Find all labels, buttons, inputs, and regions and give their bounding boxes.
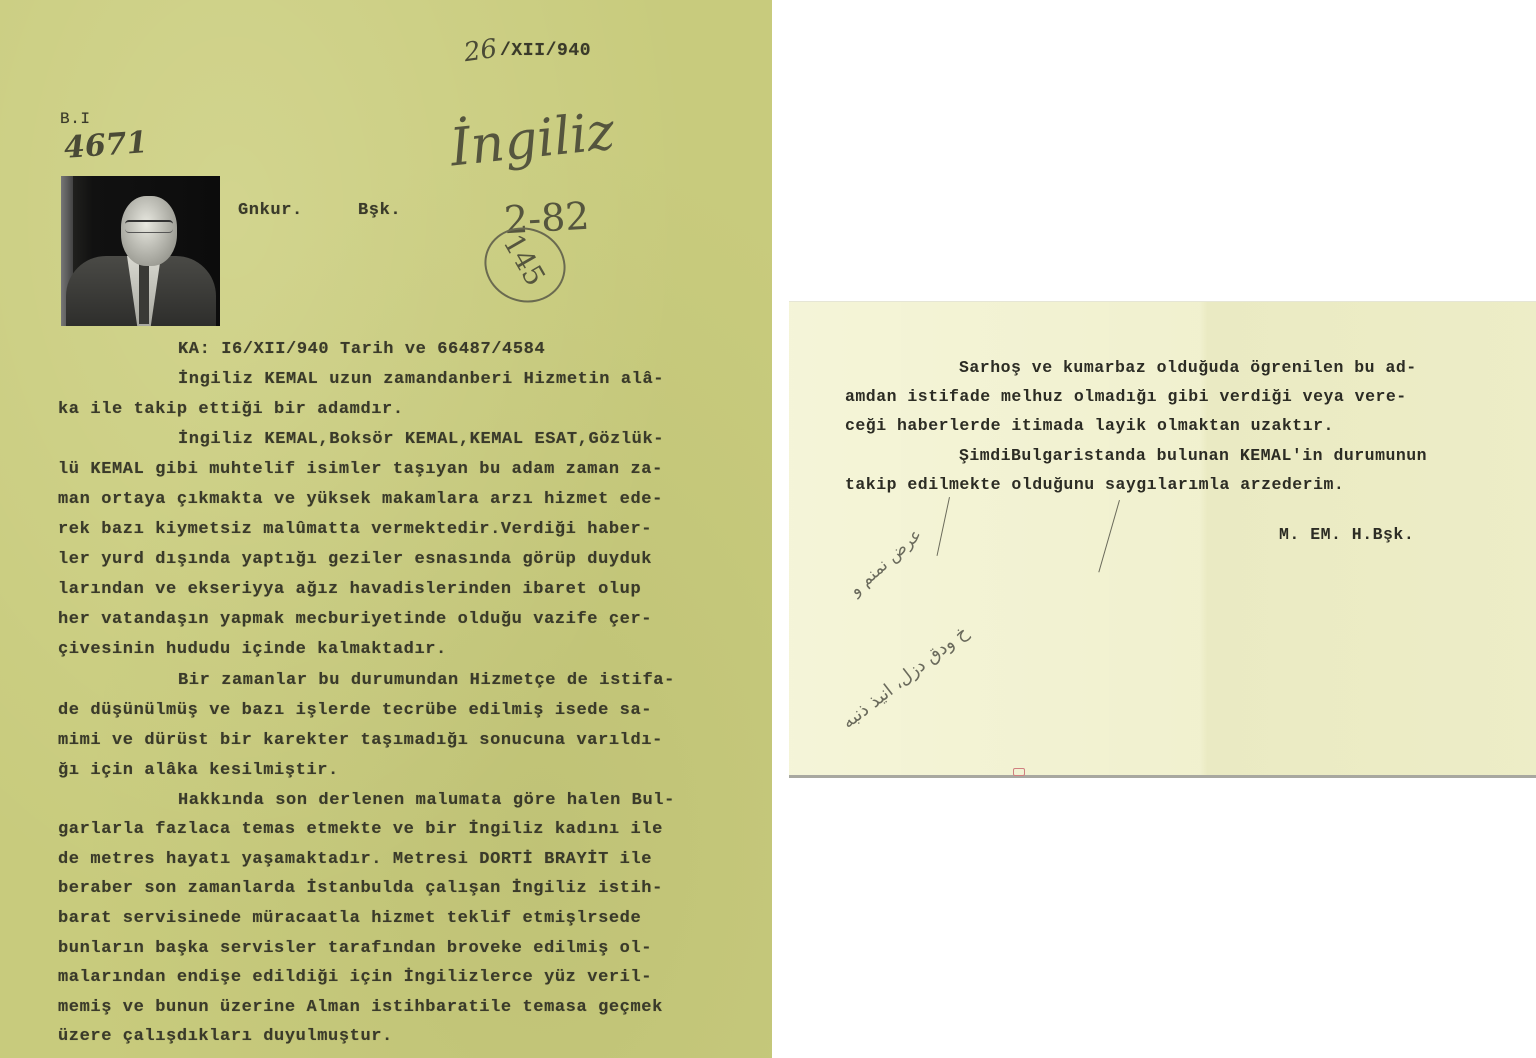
signature: M. EM. H.Bşk. xyxy=(1279,520,1414,549)
body-line: Sarhoş ve kumarbaz olduğuda ögrenilen bu… xyxy=(959,353,1417,382)
body-line: ŞimdiBulgaristanda bulunan KEMAL'in duru… xyxy=(959,441,1427,470)
body-line: ğı için alâka kesilmiştir. xyxy=(58,756,339,786)
body-line: İngiliz KEMAL,Boksör KEMAL,KEMAL ESAT,Gö… xyxy=(178,425,664,455)
body-line: garlarla fazlaca temas etmekte ve bir İn… xyxy=(58,815,663,845)
body-line: memiş ve bunun üzerine Alman istihbarati… xyxy=(58,993,663,1023)
addressee-gnkur: Gnkur. xyxy=(238,196,303,226)
body-line: man ortaya çıkmakta ve yüksek makamlara … xyxy=(58,485,663,515)
body-line: beraber son zamanlarda İstanbulda çalışa… xyxy=(58,874,663,904)
portrait-photo xyxy=(61,176,220,326)
body-line: ka ile takip ettiği bir adamdır. xyxy=(58,395,404,425)
body-line: de metres hayatı yaşamaktadır. Metresi D… xyxy=(58,845,652,875)
body-line: lü KEMAL gibi muhtelif isimler taşıyan b… xyxy=(58,455,663,485)
reference-line: KA: I6/XII/940 Tarih ve 66487/4584 xyxy=(178,335,545,365)
body-line: ceği haberlerde itimada layik olmaktan u… xyxy=(845,411,1334,440)
file-ref-number: 4671 xyxy=(63,125,149,166)
pencil-stroke xyxy=(1098,500,1120,572)
right-document-page: Sarhoş ve kumarbaz olduğuda ögrenilen bu… xyxy=(789,301,1536,778)
red-stamp-mark xyxy=(1013,768,1025,776)
addressee-bsk: Bşk. xyxy=(358,196,401,226)
body-line: bunların başka servisler tarafından brov… xyxy=(58,934,652,964)
left-document-page: 26 /XII/940 B.I 4671 Gnkur. Bşk. İngiliz… xyxy=(0,0,772,1058)
body-line: de düşünülmüş ve bazı işlerde tecrübe ed… xyxy=(58,696,652,726)
body-line: takip edilmekte olduğunu saygılarımla ar… xyxy=(845,470,1344,499)
body-line: üzere çalışdıkları duyulmuştur. xyxy=(58,1022,393,1052)
handwritten-ingiliz: İngiliz xyxy=(447,102,617,179)
date-typed: /XII/940 xyxy=(500,36,591,66)
body-line: larından ve ekseriyya ağız havadislerind… xyxy=(58,575,641,605)
pencil-stroke xyxy=(937,497,950,556)
date-handwritten-day: 26 xyxy=(462,34,499,68)
body-line: her vatandaşın yapmak mecburiyetinde old… xyxy=(58,605,652,635)
body-line: barat servisinede müracaatla hizmet tekl… xyxy=(58,904,641,934)
body-line: Bir zamanlar bu durumundan Hizmetçe de i… xyxy=(178,666,675,696)
body-line: rek bazı kiymetsiz malûmatta vermektedir… xyxy=(58,515,652,545)
body-line: mimi ve dürüst bir karekter taşımadığı s… xyxy=(58,726,663,756)
body-line: ler yurd dışında yaptığı geziler esnasın… xyxy=(58,545,652,575)
circled-number: 145 xyxy=(497,229,552,292)
body-line: çivesinin hududu içinde kalmaktadır. xyxy=(58,635,447,665)
body-line: İngiliz KEMAL uzun zamandanberi Hizmetin… xyxy=(178,365,664,395)
body-line: Hakkında son derlenen malumata göre hale… xyxy=(178,786,675,816)
body-line: malarından endişe edildiği için İngilizl… xyxy=(58,963,652,993)
handwritten-note: خ ودق دزل، انيذ ذنبه xyxy=(838,622,972,733)
handwritten-note: عرض نمنم و xyxy=(846,525,926,600)
body-line: amdan istifade melhuz olmadığı gibi verd… xyxy=(845,382,1407,411)
